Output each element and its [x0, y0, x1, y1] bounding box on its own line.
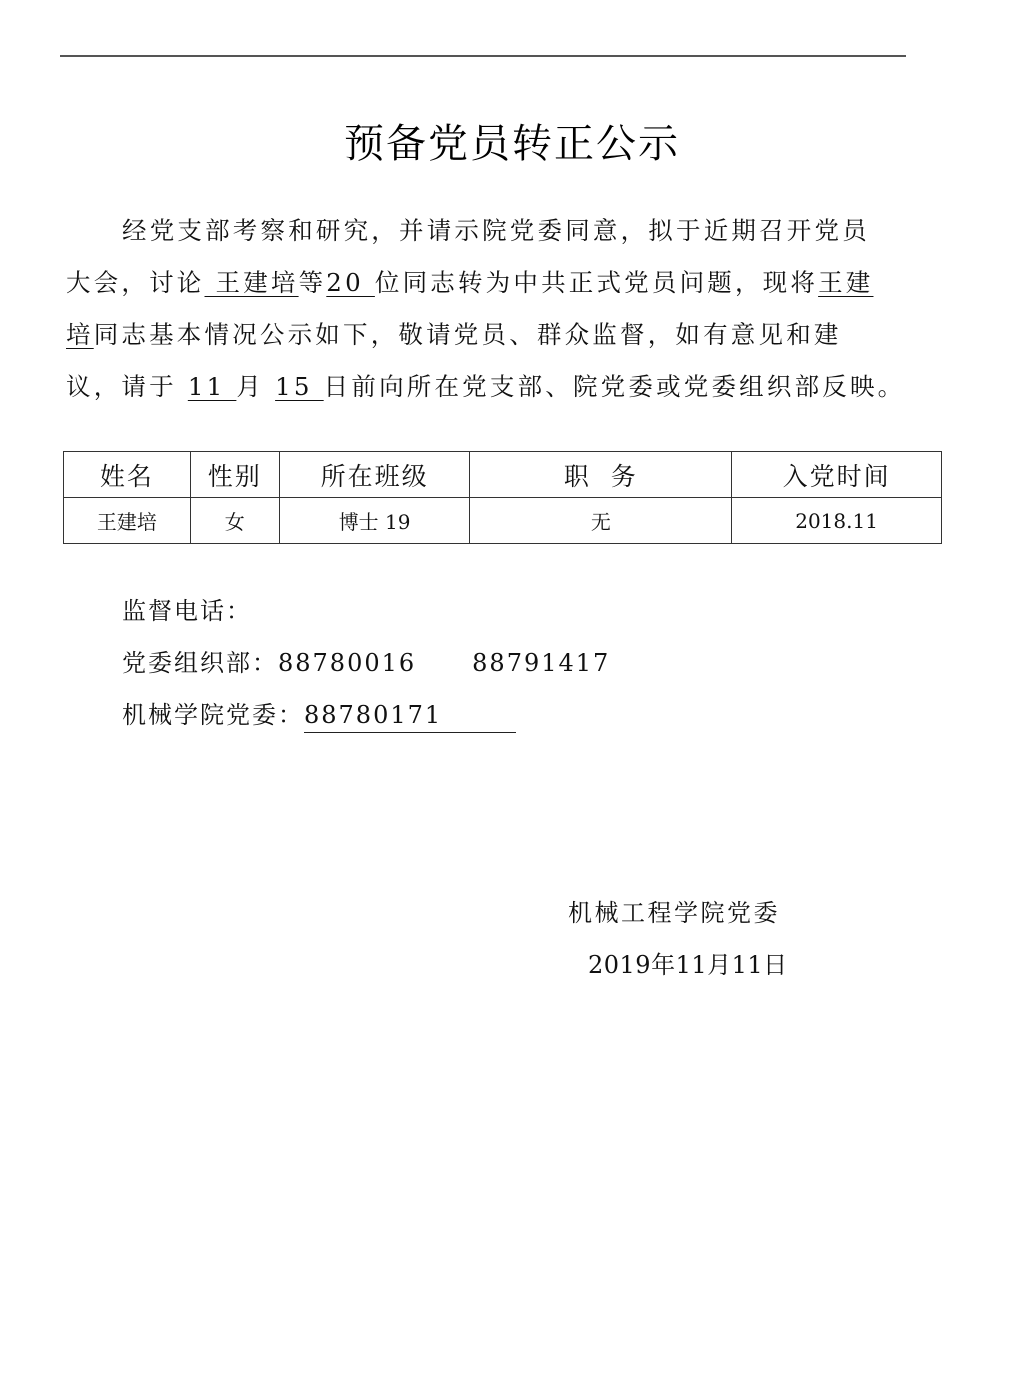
candidate-name-2: 王建: [818, 268, 873, 297]
header-gender: 性别: [190, 452, 279, 498]
issuer: 机械工程学院党委: [568, 887, 788, 939]
header-join-date: 入党时间: [732, 452, 942, 498]
text: 月: [236, 372, 264, 401]
header-rule: [60, 55, 906, 57]
contact-section: 监督电话： 党委组织部：8878001688791417 机械学院党委：8878…: [122, 585, 610, 741]
header-class: 所在班级: [279, 452, 470, 498]
deadline-day: 15: [275, 372, 324, 401]
org-dept-contact: 党委组织部：8878001688791417: [122, 637, 610, 689]
candidate-name: 王建培: [205, 268, 299, 297]
signature-block: 机械工程学院党委 2019年11月11日: [568, 887, 788, 991]
org-phone-2: 88791417: [472, 649, 610, 677]
announcement-paragraph: 经党支部考察和研究，并请示院党委同意，拟于近期召开党员 大会，讨论 王建培等20…: [66, 205, 896, 413]
college-phone: 88780171: [304, 698, 516, 733]
text: 位同志转为中共正式党员问题，现将: [375, 268, 818, 297]
text: 大会，讨论: [66, 268, 205, 297]
page-title: 预备党员转正公示: [0, 112, 1024, 169]
cell-join-date: 2018.11: [732, 498, 942, 544]
paragraph-line-1: 经党支部考察和研究，并请示院党委同意，拟于近期召开党员: [66, 205, 896, 257]
paragraph-line-4: 议，请于 11 月 15 日前向所在党支部、院党委或党委组织部反映。: [66, 361, 896, 413]
header-name: 姓名: [64, 452, 191, 498]
paragraph-line-2: 大会，讨论 王建培等20 位同志转为中共正式党员问题，现将王建: [66, 257, 896, 309]
college-contact: 机械学院党委：88780171: [122, 689, 610, 741]
paragraph-line-3: 培同志基本情况公示如下，敬请党员、群众监督，如有意见和建: [66, 309, 896, 361]
cell-class: 博士 19: [279, 498, 470, 544]
candidate-name-2-cont: 培: [66, 320, 94, 349]
text: 日前向所在党支部、院党委或党委组织部反映。: [324, 372, 906, 401]
issue-date: 2019年11月11日: [568, 939, 788, 991]
cell-name: 王建培: [64, 498, 191, 544]
cell-position: 无: [470, 498, 732, 544]
text: 议，请于: [66, 372, 177, 401]
table-header-row: 姓名 性别 所在班级 职 务 入党时间: [64, 452, 942, 498]
college-label: 机械学院党委：: [122, 701, 304, 729]
candidate-count: 20: [326, 268, 375, 297]
candidate-table: 姓名 性别 所在班级 职 务 入党时间 王建培 女 博士 19 无 2018.1…: [63, 451, 942, 544]
org-dept-label: 党委组织部：: [122, 649, 278, 677]
table-row: 王建培 女 博士 19 无 2018.11: [64, 498, 942, 544]
text: 同志基本情况公示如下，敬请党员、群众监督，如有意见和建: [94, 320, 842, 349]
text: 等: [299, 268, 327, 297]
deadline-month: 11: [188, 372, 237, 401]
contact-heading: 监督电话：: [122, 585, 610, 637]
header-position: 职 务: [470, 452, 732, 498]
org-phone-1: 88780016: [278, 649, 416, 677]
cell-gender: 女: [190, 498, 279, 544]
